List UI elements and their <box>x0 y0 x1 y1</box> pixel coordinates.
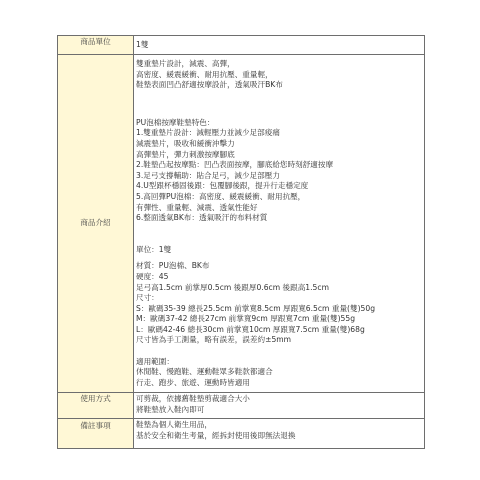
row-notes: 備註事項 鞋墊為個人衛生用品， 基於安全和衛生考量，經拆封使用後即無法退換 <box>58 419 425 449</box>
label-product-description: 商品介紹 <box>58 55 134 393</box>
feature-line: 有彈性、重量輕、減震、透氣性能好 <box>136 203 422 214</box>
feature-line: 2.鞋墊凸起按摩點：凹凸表面按摩，腳底給您時刻舒適按摩 <box>136 160 422 171</box>
row-usage: 使用方式 可剪裁，依據舊鞋墊剪裁適合大小 將鞋墊放入鞋內即可 <box>58 393 425 419</box>
features-title: PU泡棉按摩鞋墊特色： <box>136 118 422 129</box>
feature-line: 5.高回彈PU泡棉：高密度、緩震緩衝、耐用抗壓， <box>136 192 422 203</box>
value-notes: 鞋墊為個人衛生用品， 基於安全和衛生考量，經拆封使用後即無法退換 <box>134 419 425 449</box>
spec-line: 硬度：45 <box>136 272 422 283</box>
spec-line: 尺寸皆為手工測量，略有誤差，誤差約±5mm <box>136 335 422 346</box>
intro-line: 高密度、緩震緩衝、耐用抗壓、重量輕， <box>136 70 422 81</box>
feature-line: 3.足弓支撐輔助：貼合足弓，減少足部壓力 <box>136 171 422 182</box>
scope-line: 行走、跑步、旅遊、運動時皆適用 <box>136 378 422 389</box>
intro-line: 雙重墊片設計，減震、高彈， <box>136 59 422 70</box>
feature-line: 4.U型跟杯穩固後跟：包覆腳後跟，提升行走穩定度 <box>136 181 422 192</box>
usage-line: 可剪裁，依據舊鞋墊剪裁適合大小 <box>136 394 422 405</box>
feature-line: 6.整面透氣BK布：透氣吸汗的布料材質 <box>136 213 422 224</box>
product-spec-table: 商品單位 1雙 商品介紹 雙重墊片設計，減震、高彈， 高密度、緩震緩衝、耐用抗壓… <box>57 35 425 449</box>
spec-line: S：歐碼35-39 總長25.5cm 前掌寬8.5cm 厚跟寬6.5cm 重量(… <box>136 304 422 315</box>
spec-line: 足弓高1.5cm 前掌厚0.5cm 後跟厚0.6cm 後跟高1.5cm <box>136 283 422 294</box>
value-usage: 可剪裁，依據舊鞋墊剪裁適合大小 將鞋墊放入鞋內即可 <box>134 393 425 419</box>
spec-line: 材質：PU泡棉、BK布 <box>136 261 422 272</box>
feature-line: 1.雙重墊片設計：減輕壓力並減少足部痠痛 <box>136 128 422 139</box>
spec-line: 尺寸： <box>136 293 422 304</box>
intro-line: 鞋墊表面凹凸舒適按摩設計，透氣吸汗BK布 <box>136 80 422 91</box>
scope-line: 休閒鞋、慢跑鞋、運動鞋眾多鞋款都適合 <box>136 367 422 378</box>
feature-line: 減震墊片，吸收和緩衝沖擊力 <box>136 139 422 150</box>
spec-line: M：歐碼37-42 總長27cm 前掌寬9cm 厚跟寬7cm 重量(雙)55g <box>136 314 422 325</box>
value-product-unit: 1雙 <box>134 36 425 55</box>
unit-line: 單位：1雙 <box>136 245 422 256</box>
label-usage: 使用方式 <box>58 393 134 419</box>
spec-line: L：歐碼42-46 總長30cm 前掌寬10cm 厚跟寬7.5cm 重量(雙)6… <box>136 325 422 336</box>
value-product-description: 雙重墊片設計，減震、高彈， 高密度、緩震緩衝、耐用抗壓、重量輕， 鞋墊表面凹凸舒… <box>134 55 425 393</box>
row-product-description: 商品介紹 雙重墊片設計，減震、高彈， 高密度、緩震緩衝、耐用抗壓、重量輕， 鞋墊… <box>58 55 425 393</box>
label-notes: 備註事項 <box>58 419 134 449</box>
notes-line: 鞋墊為個人衛生用品， <box>136 420 422 431</box>
row-product-unit: 商品單位 1雙 <box>58 36 425 55</box>
label-product-unit: 商品單位 <box>58 36 134 55</box>
notes-line: 基於安全和衛生考量，經拆封使用後即無法退換 <box>136 431 422 442</box>
feature-line: 高彈墊片，彈力刺激按摩腳底 <box>136 150 422 161</box>
scope-title: 適用範圍： <box>136 357 422 368</box>
usage-line: 將鞋墊放入鞋內即可 <box>136 405 422 416</box>
